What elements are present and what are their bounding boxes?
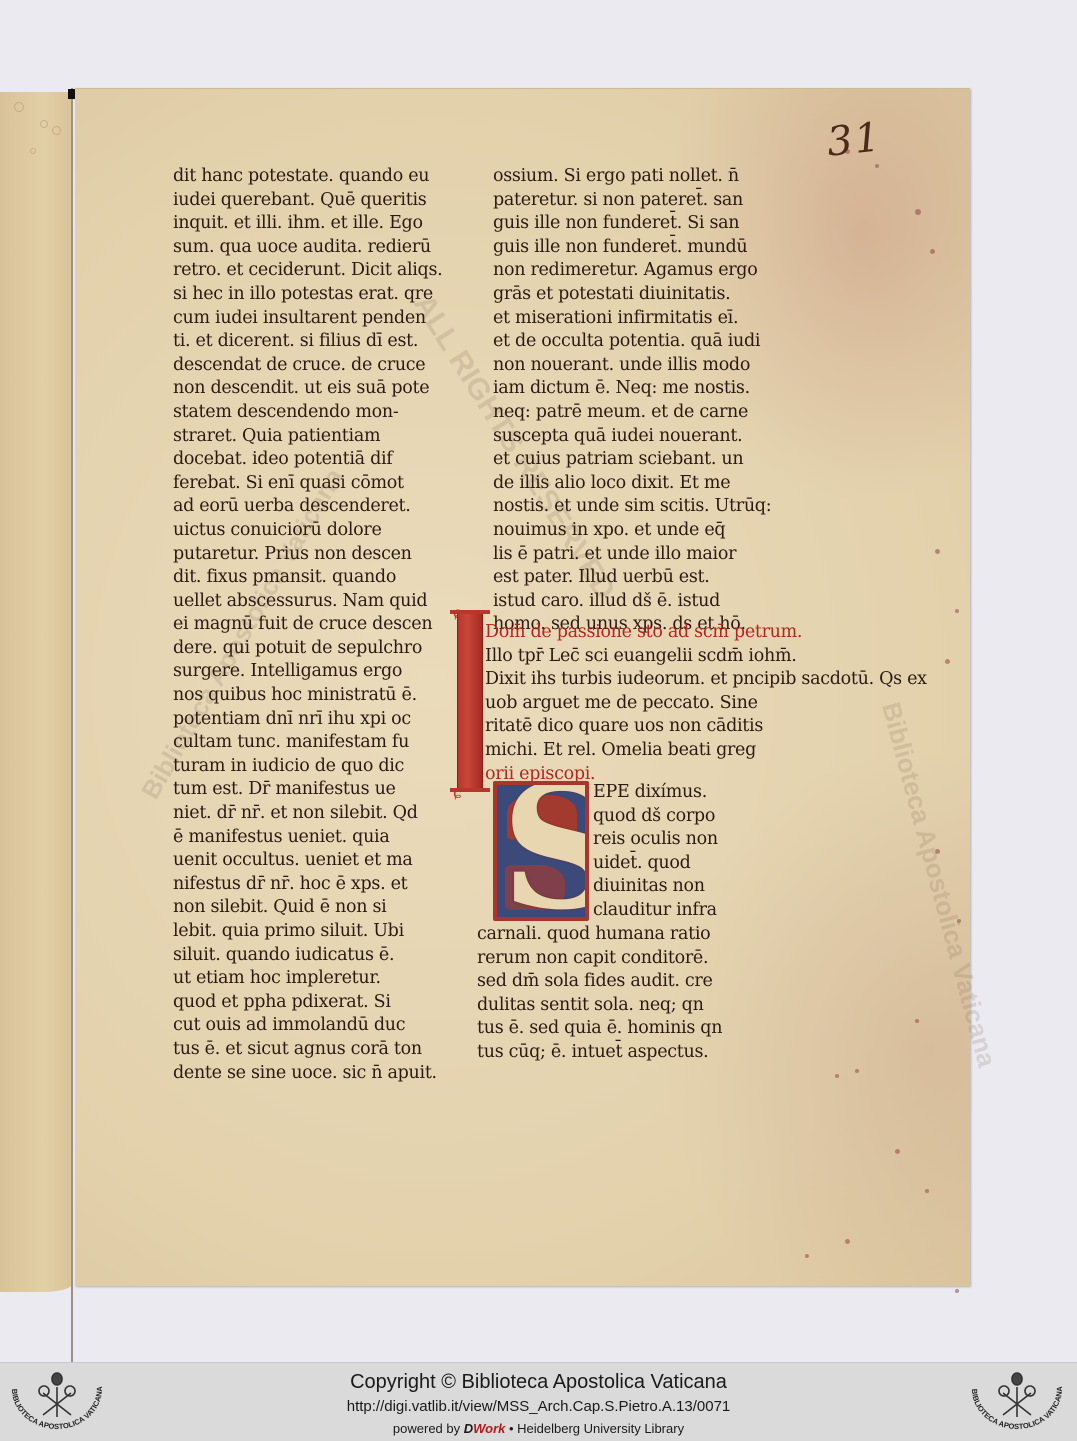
manuscript-line: statem descendendo mon- bbox=[173, 401, 418, 425]
image-viewer: 31 Biblioteca Apostolica Vaticana ALL RI… bbox=[0, 0, 1077, 1362]
manuscript-line: straret. Quia patientiam bbox=[173, 425, 418, 449]
manuscript-line: si hec in illo potestas erat. qre bbox=[173, 283, 418, 307]
manuscript-line: cum iudei insultarent penden bbox=[173, 307, 418, 331]
manuscript-line: iam dictum ē. Neq: me nostis. bbox=[493, 377, 783, 401]
manuscript-line: nos quibus hoc ministratū ē. bbox=[173, 684, 418, 708]
manuscript-line: dere. qui potuit de sepulchro bbox=[173, 637, 418, 661]
manuscript-line: ferebat. Si enī quasi cōmot bbox=[173, 472, 418, 496]
manuscript-line: michi. Et rel. Omelia beati greg bbox=[485, 739, 885, 763]
manuscript-line: EPE dixímus. bbox=[593, 781, 793, 805]
manuscript-line: non redimeretur. Agamus ergo bbox=[493, 259, 783, 283]
manuscript-line: ossium. Si ergo pati nollet. n̄ bbox=[493, 165, 783, 189]
manuscript-line: diuinitas non bbox=[593, 875, 793, 899]
manuscript-line: dit hanc potestate. quando eu bbox=[173, 165, 418, 189]
manuscript-line: dulitas sentit sola. neq; qn bbox=[477, 994, 777, 1018]
manuscript-line: ritatē dico quare uos non cāditis bbox=[485, 715, 885, 739]
manuscript-line: ti. et dicerent. si filius dī est. bbox=[173, 330, 418, 354]
manuscript-line: lebit. quia primo siluit. Ubi bbox=[173, 920, 418, 944]
manuscript-line: iudei querebant. Quē queritis bbox=[173, 189, 418, 213]
manuscript-line: suscepta quā iudei nouerant. bbox=[493, 425, 783, 449]
manuscript-line: tus ē. sed quia ē. hominis qn bbox=[477, 1017, 777, 1041]
manuscript-url-link[interactable]: http://digi.vatlib.it/view/MSS_Arch.Cap.… bbox=[0, 1398, 1077, 1415]
manuscript-line: et de occulta potentia. quā iudi bbox=[493, 330, 783, 354]
manuscript-line: uidet̄. quod bbox=[593, 852, 793, 876]
manuscript-line: inquit. et illi. ihm. et ille. Ego bbox=[173, 212, 418, 236]
watermark-library-right: Biblioteca Apostolica Vaticana bbox=[875, 699, 1002, 1070]
manuscript-line: retro. et ceciderunt. Dicit aliqs. bbox=[173, 259, 418, 283]
manuscript-line: pateretur. si non pateret̄. san bbox=[493, 189, 783, 213]
powered-by-text: powered by DWork • Heidelberg University… bbox=[0, 1421, 1077, 1436]
manuscript-line: non descendit. ut eis suā pote bbox=[173, 377, 418, 401]
manuscript-line: istud caro. illud dš ē. istud bbox=[493, 590, 783, 614]
manuscript-line: rerum non capit conditorē. bbox=[477, 947, 777, 971]
manuscript-line: reis oculis non bbox=[593, 828, 793, 852]
manuscript-line: carnali. quod humana ratio bbox=[477, 923, 777, 947]
manuscript-line: uictus conuiciorū dolore bbox=[173, 519, 418, 543]
manuscript-line: sum. qua uoce audita. redierū bbox=[173, 236, 418, 260]
manuscript-line: tus cūq; ē. intuet̄ aspectus. bbox=[477, 1041, 777, 1065]
dwork-brand[interactable]: DWork bbox=[464, 1421, 506, 1436]
illuminated-initial-i bbox=[457, 611, 483, 791]
manuscript-line: Dom̄ de passione sto ad scm̄ petrum. bbox=[485, 621, 885, 645]
lection-rubric-block: Dom̄ de passione sto ad scm̄ petrum.Illo… bbox=[485, 621, 885, 786]
manuscript-line: quod dš corpo bbox=[593, 805, 793, 829]
manuscript-line: et cuius patriam sciebant. un bbox=[493, 448, 783, 472]
manuscript-line: uellet abscessurus. Nam quid bbox=[173, 590, 418, 614]
manuscript-line: uenit occultus. ueniet et ma bbox=[173, 849, 418, 873]
manuscript-line: ut etiam hoc impleretur. bbox=[173, 967, 418, 991]
manuscript-line: non nouerant. unde illis modo bbox=[493, 354, 783, 378]
illuminated-initial-s: S bbox=[493, 781, 589, 921]
manuscript-line: guis ille non funderet̄. mundū bbox=[493, 236, 783, 260]
manuscript-line: potentiam dnī nrī ihu xpi oc bbox=[173, 708, 418, 732]
manuscript-line: neq: patrē meum. et de carne bbox=[493, 401, 783, 425]
manuscript-line: niet. dr̄ nr̄. et non silebit. Qd bbox=[173, 802, 418, 826]
book-gutter bbox=[71, 88, 73, 1362]
manuscript-line: sed dm̄ sola fides audit. cre bbox=[477, 970, 777, 994]
manuscript-line: surgere. Intelligamus ergo bbox=[173, 660, 418, 684]
manuscript-line: quod et ppha pdixerat. Si bbox=[173, 991, 418, 1015]
manuscript-line: nouimus in xpo. et unde eq̄ bbox=[493, 519, 783, 543]
copyright-text: Copyright © Biblioteca Apostolica Vatica… bbox=[0, 1371, 1077, 1394]
manuscript-line: putaretur. Prius non descen bbox=[173, 543, 418, 567]
manuscript-line: nifestus dr̄ nr̄. hoc ē xps. et bbox=[173, 873, 418, 897]
manuscript-line: uob arguet me de peccato. Sine bbox=[485, 692, 885, 716]
manuscript-line: cultam tunc. manifestam fu bbox=[173, 731, 418, 755]
papal-keys-icon: BIBLIOTECA APOSTOLICA VATICANA bbox=[962, 1367, 1072, 1439]
facing-page-edge bbox=[0, 92, 72, 1292]
manuscript-line: ei magnū fuit de cruce descen bbox=[173, 613, 418, 637]
text-column-right-bottom: carnali. quod humana ratiorerum non capi… bbox=[477, 923, 777, 1065]
folio-number: 31 bbox=[825, 114, 884, 165]
manuscript-line: Illo tpr̄ Lec̄ sci euangelii scdm̄ iohm̄… bbox=[485, 645, 885, 669]
manuscript-line: nostis. et unde sim scitis. Utrūq: bbox=[493, 495, 783, 519]
manuscript-line: grās et potestati diuinitatis. bbox=[493, 283, 783, 307]
manuscript-line: descendat de cruce. de cruce bbox=[173, 354, 418, 378]
manuscript-line: siluit. quando iudicatus ē. bbox=[173, 944, 418, 968]
manuscript-line: lis ē patri. et unde illo maior bbox=[493, 543, 783, 567]
manuscript-line: tus ē. et sicut agnus corā ton bbox=[173, 1038, 418, 1062]
manuscript-line: est pater. Illud uerbū est. bbox=[493, 566, 783, 590]
flourish-bottom-icon: ɕ bbox=[453, 783, 462, 802]
manuscript-line: et miserationi infirmitatis eī. bbox=[493, 307, 783, 331]
manuscript-line: de illis alio loco dixit. Et me bbox=[493, 472, 783, 496]
copyright-footer: BIBLIOTECA APOSTOLICA VATICANA Copyright… bbox=[0, 1362, 1077, 1441]
vatican-library-logo-right: BIBLIOTECA APOSTOLICA VATICANA bbox=[962, 1367, 1072, 1439]
manuscript-line: turam in iudicio de quo dic bbox=[173, 755, 418, 779]
manuscript-line: dit. fixus pmansit. quando bbox=[173, 566, 418, 590]
manuscript-line: docebat. ideo potentiā dif bbox=[173, 448, 418, 472]
manuscript-line: cut ouis ad immolandū duc bbox=[173, 1014, 418, 1038]
manuscript-line: tum est. Dr̄ manifestus ue bbox=[173, 778, 418, 802]
text-beside-initial: EPE dixímus.quod dš corporeis oculis non… bbox=[593, 781, 793, 923]
manuscript-line: non silebit. Quid ē non si bbox=[173, 896, 418, 920]
manuscript-line: clauditur infra bbox=[593, 899, 793, 923]
manuscript-line: guis ille non funderet̄. Si san bbox=[493, 212, 783, 236]
manuscript-line: ē manifestus ueniet. quia bbox=[173, 826, 418, 850]
manuscript-folio: 31 Biblioteca Apostolica Vaticana ALL RI… bbox=[75, 88, 970, 1286]
manuscript-line: Dixit ihs turbis iudeorum. et pncipib sa… bbox=[485, 668, 885, 692]
manuscript-line: dente se sine uoce. sic n̄ apuit. bbox=[173, 1062, 418, 1086]
manuscript-line: ad eorū uerba descenderet. bbox=[173, 495, 418, 519]
text-column-left: dit hanc potestate. quando euiudei quere… bbox=[173, 165, 418, 1085]
gutter-marker bbox=[68, 89, 75, 99]
text-column-right-top: ossium. Si ergo pati nollet. n̄pateretur… bbox=[493, 165, 783, 637]
